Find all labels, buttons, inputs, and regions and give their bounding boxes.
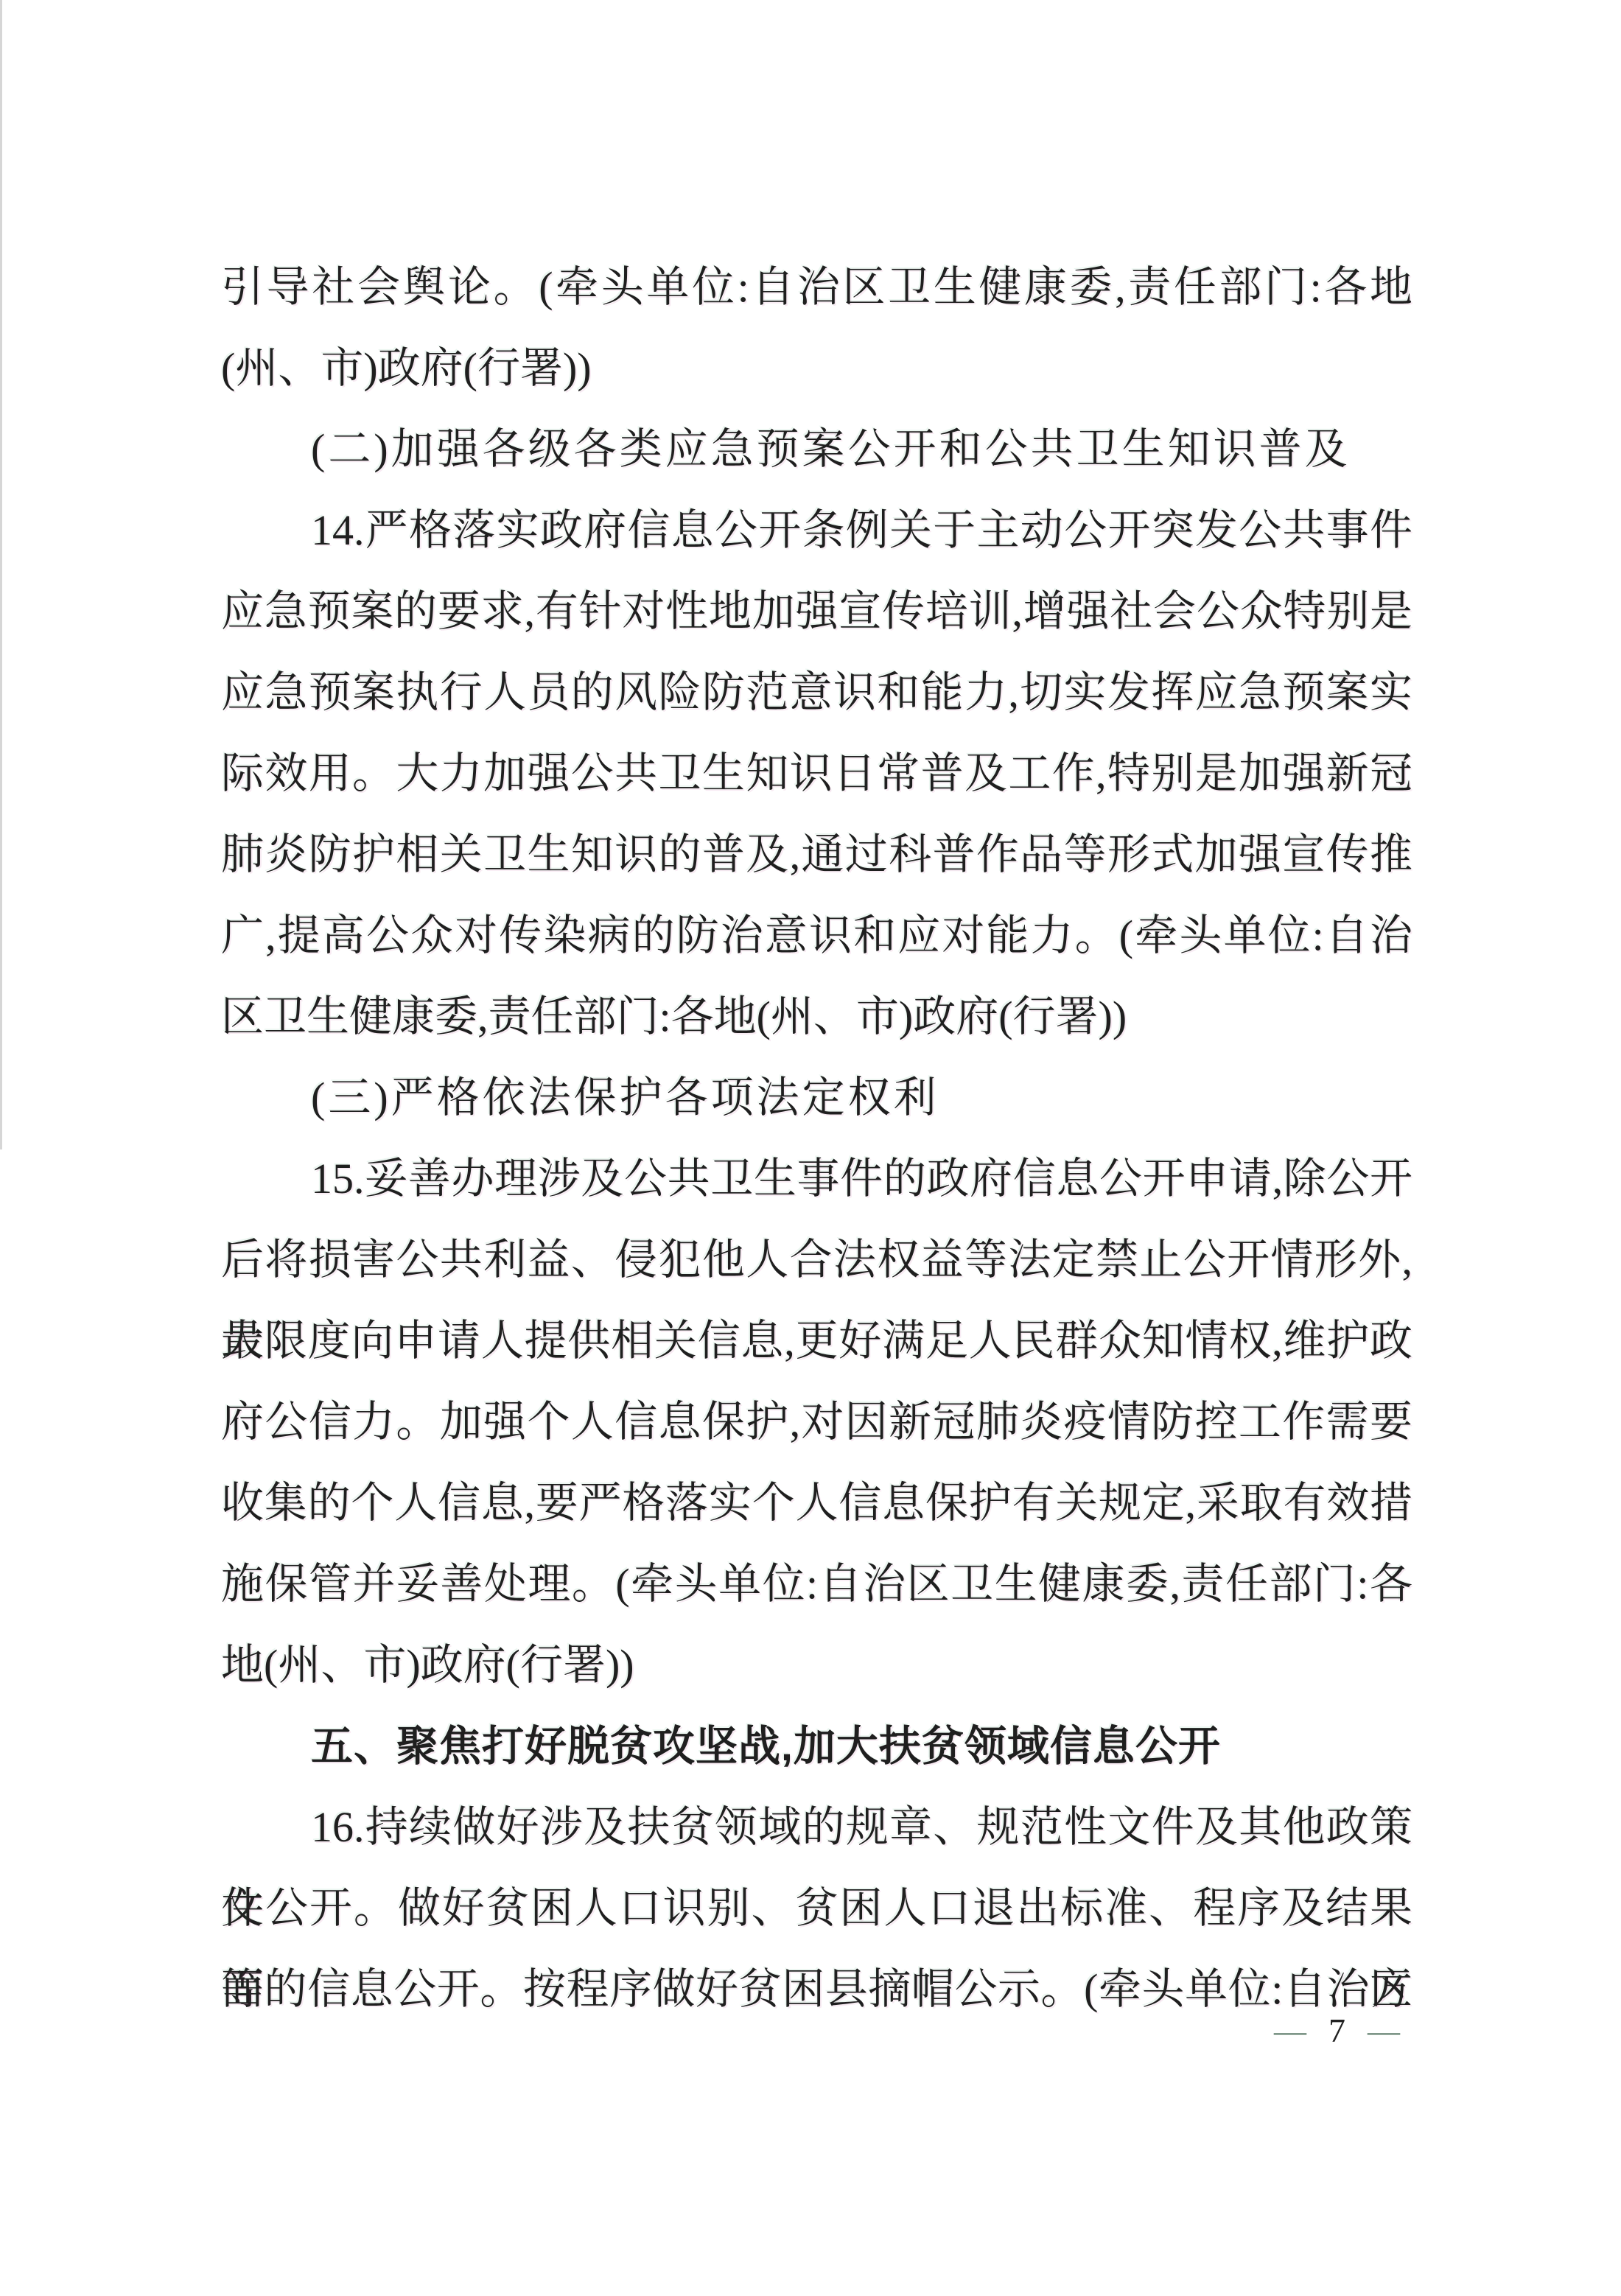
page-footer: —7— [1274, 2009, 1400, 2053]
text-line: 广,提高公众对传染病的防治意识和应对能力。(牵头单位:自治 [221, 895, 1412, 976]
text-line: (二)加强各级各类应急预案公开和公共卫生知识普及 [221, 409, 1412, 490]
text-line: 肺炎防护相关卫生知识的普及,通过科普作品等形式加强宣传推 [221, 814, 1412, 895]
text-block: 引导社会舆论。(牵头单位:自治区卫生健康委,责任部门:各地(州、市)政府(行署)… [221, 247, 1412, 2030]
text-line: 应急预案的要求,有针对性地加强宣传培训,增强社会公众特别是 [221, 571, 1412, 652]
text-line: 际效用。大力加强公共卫生知识日常普及工作,特别是加强新冠 [221, 733, 1412, 814]
text-line: 地(州、市)政府(行署)) [221, 1625, 1412, 1706]
text-line: (州、市)政府(行署)) [221, 328, 1412, 409]
text-line: 16.持续做好涉及扶贫领域的规章、规范性文件及其他政策文 [221, 1787, 1412, 1868]
text-line: 府公信力。加强个人信息保护,对因新冠肺炎疫情防控工作需要 [221, 1382, 1412, 1463]
text-line: 引导社会舆论。(牵头单位:自治区卫生健康委,责任部门:各地 [221, 247, 1412, 328]
text-line: 14.严格落实政府信息公开条例关于主动公开突发公共事件 [221, 490, 1412, 571]
text-line: 收集的个人信息,要严格落实个人信息保护有关规定,采取有效措 [221, 1463, 1412, 1544]
text-line: (三)严格依法保护各项法定权利 [221, 1057, 1412, 1138]
text-line: 区卫生健康委,责任部门:各地(州、市)政府(行署)) [221, 976, 1412, 1057]
text-line: 15.妥善办理涉及公共卫生事件的政府信息公开申请,除公开 [221, 1138, 1412, 1219]
text-line: 件公开。做好贫困人口识别、贫困人口退出标准、程序及结果等方 [221, 1868, 1412, 1949]
text-line: 大限度向申请人提供相关信息,更好满足人民群众知情权,维护政 [221, 1301, 1412, 1382]
page-number-dash-left: — [1274, 2013, 1306, 2049]
text-line: 面的信息公开。按程序做好贫困县摘帽公示。(牵头单位:自治区 [221, 1949, 1412, 2030]
text-line: 应急预案执行人员的风险防范意识和能力,切实发挥应急预案实 [221, 652, 1412, 733]
text-line: 五、聚焦打好脱贫攻坚战,加大扶贫领域信息公开 [221, 1706, 1412, 1787]
page-number: 7 [1328, 2009, 1345, 2053]
text-line: 后将损害公共利益、侵犯他人合法权益等法定禁止公开情形外,最 [221, 1219, 1412, 1301]
document-page: 引导社会舆论。(牵头单位:自治区卫生健康委,责任部门:各地(州、市)政府(行署)… [0, 0, 1621, 2296]
page-number-dash-right: — [1368, 2013, 1400, 2049]
text-line: 施保管并妥善处理。(牵头单位:自治区卫生健康委,责任部门:各 [221, 1544, 1412, 1625]
